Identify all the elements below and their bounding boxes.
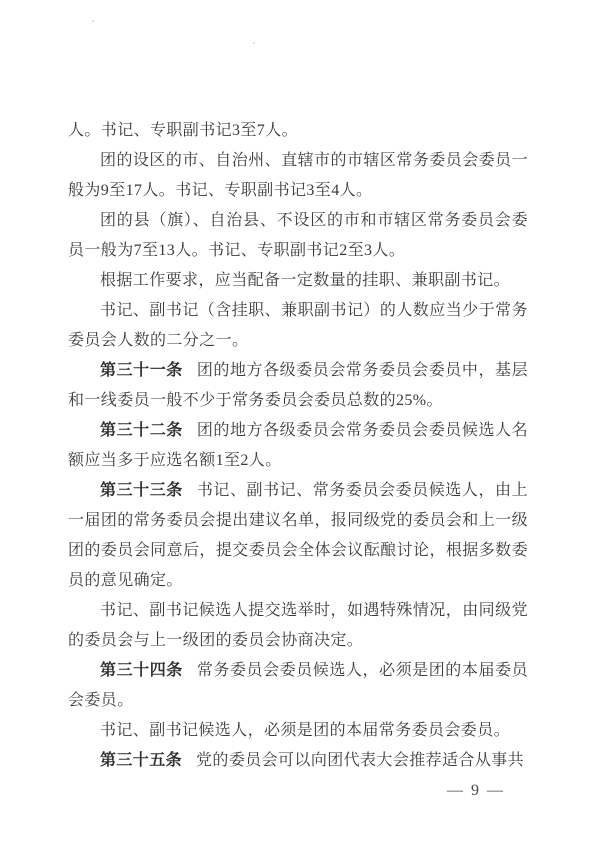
paragraph: 书记、副书记候选人提交选举时，如遇特殊情况，由同级党的委员会与上一级团的委员会协… (68, 596, 528, 656)
paragraph-article-34: 第三十四条常务委员会委员候选人，必须是团的本届委员会委员。 (68, 656, 528, 716)
article-number: 第三十三条 (100, 482, 183, 499)
paragraph-article-35: 第三十五条党的委员会可以向团代表大会推荐适合从事共 (68, 746, 528, 776)
scan-speck (253, 42, 255, 44)
paragraph-text: 根据工作要求，应当配备一定数量的挂职、兼职副书记。 (100, 272, 510, 289)
paragraph-text: 团的设区的市、自治州、直辖市的市辖区常务委员会委员一般为9至17人。书记、专职副… (68, 152, 528, 199)
article-number: 第三十五条 (100, 752, 182, 769)
paragraph-text: 书记、副书记候选人，必须是团的本届常务委员会委员。 (100, 722, 510, 739)
page-number: — 9 — (447, 782, 505, 800)
paragraph-article-32: 第三十二条团的地方各级委员会常务委员会委员候选人名额应当多于应选名额1至2人。 (68, 416, 528, 476)
paragraph-text: 党的委员会可以向团代表大会推荐适合从事共 (196, 752, 524, 769)
article-number: 第三十二条 (100, 422, 183, 439)
scan-speck (92, 20, 94, 22)
paragraph-text: 书记、副书记候选人提交选举时，如遇特殊情况，由同级党的委员会与上一级团的委员会协… (68, 602, 528, 649)
paragraph-article-33: 第三十三条书记、副书记、常务委员会委员候选人，由上一届团的常务委员会提出建议名单… (68, 476, 528, 596)
article-number: 第三十四条 (100, 662, 183, 679)
article-number: 第三十一条 (100, 362, 183, 379)
paragraph: 团的县（旗）、自治县、不设区的市和市辖区常务委员会委员一般为7至13人。书记、专… (68, 206, 528, 266)
paragraph: 书记、副书记候选人，必须是团的本届常务委员会委员。 (68, 716, 528, 746)
document-body: 人。书记、专职副书记3至7人。 团的设区的市、自治州、直辖市的市辖区常务委员会委… (68, 116, 528, 776)
paragraph-text: 团的县（旗）、自治县、不设区的市和市辖区常务委员会委员一般为7至13人。书记、专… (68, 212, 528, 259)
paragraph: 团的设区的市、自治州、直辖市的市辖区常务委员会委员一般为9至17人。书记、专职副… (68, 146, 528, 206)
paragraph-text: 书记、副书记（含挂职、兼职副书记）的人数应当少于常务委员会人数的二分之一。 (68, 302, 528, 349)
paragraph-text: 人。书记、专职副书记3至7人。 (68, 122, 298, 139)
paragraph: 人。书记、专职副书记3至7人。 (68, 116, 528, 146)
paragraph: 根据工作要求，应当配备一定数量的挂职、兼职副书记。 (68, 266, 528, 296)
paragraph-article-31: 第三十一条团的地方各级委员会常务委员会委员中，基层和一线委员一般不少于常务委员会… (68, 356, 528, 416)
paragraph: 书记、副书记（含挂职、兼职副书记）的人数应当少于常务委员会人数的二分之一。 (68, 296, 528, 356)
scanned-document-page: 人。书记、专职副书记3至7人。 团的设区的市、自治州、直辖市的市辖区常务委员会委… (0, 0, 595, 842)
